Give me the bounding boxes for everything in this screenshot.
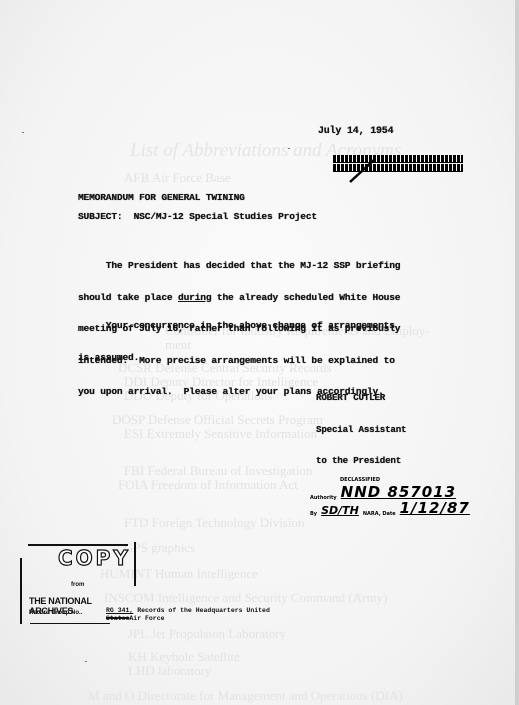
strike-through-mark — [340, 158, 380, 184]
signer-title: Special Assistant — [316, 425, 406, 436]
record-group-entry: RG 341, Records of the Headquarters Unit… — [106, 607, 270, 622]
ghost-row: JPL Jet Propulsion Laboratory — [128, 626, 286, 642]
signer-name: ROBERT CUTLER — [316, 393, 406, 404]
signature-block: ROBERT CUTLER Special Assistant to the P… — [316, 372, 406, 488]
stamp-border — [20, 558, 22, 624]
paragraph-line: Your concurrence in the above change of … — [78, 321, 395, 332]
memo-subject-line: SUBJECT: NSC/MJ-12 Special Studies Proje… — [78, 212, 317, 223]
authority-label: Authority — [310, 495, 337, 501]
scan-speck — [85, 661, 87, 662]
memo-date: July 14, 1954 — [318, 127, 393, 138]
record-text: Records of the Headquarters United — [137, 607, 270, 614]
stamp-record-group-label: Record Group No.. — [29, 610, 82, 616]
scan-speck — [288, 148, 290, 149]
by-label: By — [310, 511, 317, 517]
subject-text: NSC/MJ-12 Special Studies Project — [134, 211, 317, 222]
record-text-struck: States — [106, 615, 129, 622]
ghost-row: LHD laboratory — [128, 663, 211, 679]
declassification-stamp: DECLASSIFIED Authority NND 857013 By SD/… — [310, 485, 470, 517]
scan-edge — [515, 0, 519, 705]
signer-title: to the President — [316, 456, 406, 467]
stamp-from-label: from — [71, 582, 84, 588]
record-text: Air Force — [129, 615, 164, 622]
stamp-border — [30, 623, 110, 624]
stamp-border — [134, 542, 136, 586]
record-group-number: RG 341, — [106, 607, 133, 614]
ghost-row: AFB Air Force Base — [124, 170, 231, 186]
declassified-by: SD/TH — [321, 504, 359, 517]
paragraph-line: is assumed. — [78, 353, 395, 364]
ghost-row: INSCOM Intelligence and Security Command… — [104, 590, 387, 606]
ghost-row: FOIA Freedom of Information Act — [118, 477, 298, 493]
declassified-date: 1/12/87 — [400, 499, 470, 517]
ghost-row: ESI Extremely Sensitive Information — [124, 426, 317, 442]
ghost-row: M and O Directorate for Management and O… — [88, 688, 403, 704]
stamp-copy-label: COPY — [58, 546, 131, 570]
ghost-row: FTD Foreign Technology Division — [124, 515, 304, 531]
scanned-memo-page: List of Abbreviations and Acronyms AFB A… — [0, 0, 519, 705]
subject-label: SUBJECT: — [78, 211, 122, 222]
date-label: NARA, Date — [363, 511, 396, 517]
declassified-label: DECLASSIFIED — [340, 477, 380, 483]
scan-speck — [22, 132, 24, 133]
paragraph-line: The President has decided that the MJ-12… — [78, 261, 400, 272]
memo-addressee: MEMORANDUM FOR GENERAL TWINING — [78, 193, 245, 204]
